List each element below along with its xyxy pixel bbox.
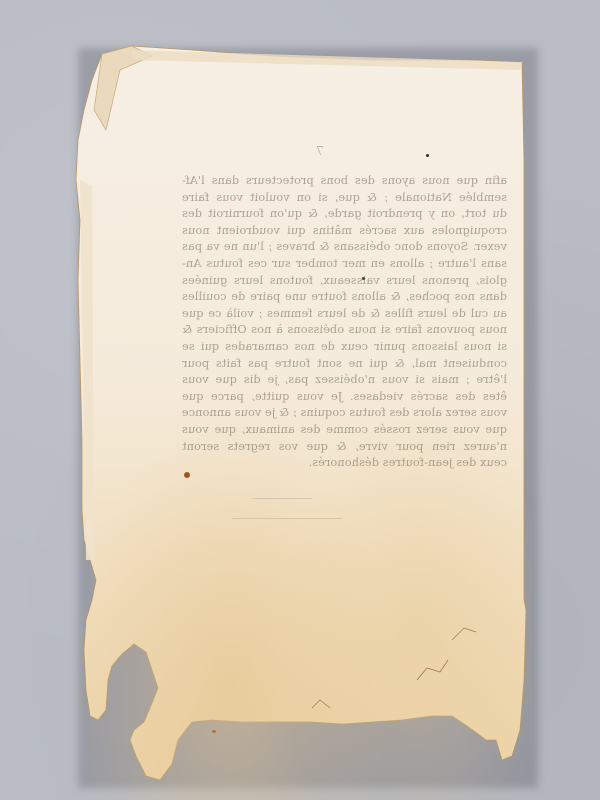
text-line: sans l'autre ; allons en mer tomber sur …	[182, 256, 507, 273]
text-line: si nous laissons punir ceux de nos camar…	[182, 339, 507, 356]
ghost-ornament-rule	[252, 498, 312, 499]
text-line: afin que nous ayons des bons protecteurs…	[182, 173, 507, 190]
page-number-bleed: 7	[316, 144, 324, 158]
mirrored-bleed-through-text: afin que nous ayons des bons protecteurs…	[182, 173, 507, 472]
text-line: dans nos poches, & allons foutre une pai…	[182, 289, 507, 306]
text-line: glois, prenons leurs vaisseaux, foutons …	[182, 273, 507, 290]
text-line: êtes des sacrés viedases. Je vous quitte…	[182, 389, 507, 406]
text-line: conduisent mal, & qui ne sont foutre pas…	[182, 356, 507, 373]
text-line: que vous serez rossés comme des animaux,…	[182, 422, 507, 439]
antique-page: 7 afin que nous ayons des bons protecteu…	[72, 40, 532, 790]
text-line: au cul de leurs filles & de leurs femmes…	[182, 306, 507, 323]
text-line: nous pouvons faire si nous obéissons à n…	[182, 322, 507, 339]
text-line: du tort, on y prendroit garde, & qu'on f…	[182, 206, 507, 223]
text-line: vous serez alors des foutus coquins ; & …	[182, 405, 507, 422]
text-line: vexer. Soyons donc obéissans & braves ; …	[182, 239, 507, 256]
text-line: croquignoles aux sacrés mâtins qui voudr…	[182, 223, 507, 240]
ink-speck	[362, 277, 365, 280]
text-line: ceux des jean-foutres déshonorés.	[182, 455, 507, 472]
foxing-spot	[184, 472, 190, 478]
text-line: n'aurez rien pour vivre, & que vos regre…	[182, 439, 507, 456]
photo-scene: 7 afin que nous ayons des bons protecteu…	[0, 0, 600, 800]
foxing-spot	[212, 730, 216, 733]
text-line: semblée Nationale ; & que, si on vouloit…	[182, 190, 507, 207]
ghost-ornament-rule	[232, 518, 342, 519]
ink-speck	[426, 154, 429, 157]
text-line: l'être ; mais si vous n'obéissez pas, je…	[182, 372, 507, 389]
